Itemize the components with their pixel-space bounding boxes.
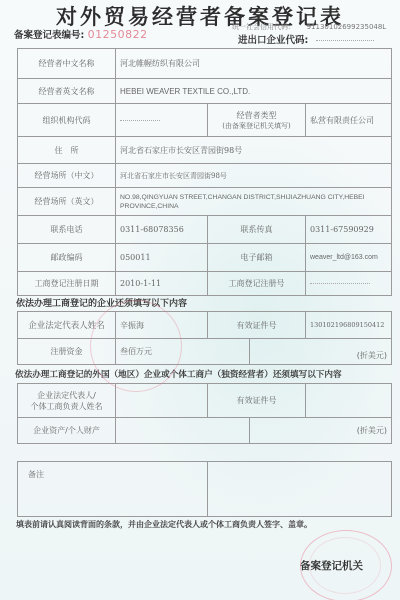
org-code-blank bbox=[120, 120, 160, 121]
operator-type-label-cell: 经营者类型 (由备案登记机关填写) bbox=[208, 104, 306, 137]
chinese-name: 河北帷幄纺织有限公司 bbox=[116, 49, 392, 79]
reg-no bbox=[306, 272, 392, 296]
registration-number-label: 备案登记表编号: bbox=[14, 30, 84, 41]
authority-seal-inner-ring bbox=[309, 537, 381, 594]
operator-type: 私营有限责任公司 bbox=[306, 104, 392, 137]
premises-en-label: 经营场所（英文） bbox=[18, 188, 116, 216]
footer-note: 填表前请认真阅读背面的条款，并由企业法定代表人或个体工商负责人签字、盖章。 bbox=[16, 519, 312, 530]
reg-date-label: 工商登记注册日期 bbox=[18, 272, 116, 296]
foreign-section-heading: 依法办理工商登记的外国（地区）企业或个体工商户（独资经营者）还须填写以下内容 bbox=[15, 368, 342, 380]
phone-label: 联系电话 bbox=[18, 216, 116, 244]
fax-label: 联系传真 bbox=[208, 216, 306, 244]
assets-label: 企业资产/个人财产 bbox=[18, 418, 116, 444]
import-export-code-blank bbox=[316, 40, 374, 41]
table-row: 企业法定代表人/ 个体工商负责人姓名 有效证件号 bbox=[18, 384, 392, 418]
credit-code: 911301026992350​48L bbox=[307, 23, 387, 31]
table-row: 注册资金 叁佰万元 (折美元) bbox=[18, 339, 392, 365]
table-row: 经营场所（英文） NO.98,QINGYUAN STREET,CHANGAN D… bbox=[18, 188, 392, 216]
fax: 0311-67590929 bbox=[306, 216, 392, 244]
org-code bbox=[116, 104, 208, 137]
remarks-value bbox=[208, 462, 392, 517]
table-row: 邮政编码 050011 电子邮箱 weaver_ltd@163.com bbox=[18, 244, 392, 272]
import-export-code-row: 进出口企业代码: bbox=[238, 32, 374, 46]
credit-code-row: 统一社会信用代码: 911301026992350​48L bbox=[232, 22, 386, 32]
table-row: 备注 bbox=[18, 462, 392, 517]
authority-seal-stamp bbox=[300, 530, 392, 600]
foreign-id-label: 有效证件号 bbox=[208, 384, 306, 418]
table-row: 企业法定代表人姓名 辛振海 有效证件号 130102196809150412 bbox=[18, 312, 392, 339]
main-info-table: 经营者中文名称 河北帷幄纺织有限公司 经营者英文名称 HEBEI WEAVER … bbox=[17, 48, 392, 296]
postcode: 050011 bbox=[116, 244, 208, 272]
table-row: 住 所 河北省石家庄市长安区青园街98号 bbox=[18, 137, 392, 164]
residence-label: 住 所 bbox=[18, 137, 116, 164]
org-code-label: 组织机构代码 bbox=[18, 104, 116, 137]
table-row: 企业资产/个人财产 (折美元) bbox=[18, 418, 392, 444]
table-row: 工商登记注册日期 2010-1-11 工商登记注册号 bbox=[18, 272, 392, 296]
remarks-table: 备注 bbox=[17, 461, 392, 517]
legal-rep-id-label: 有效证件号 bbox=[208, 312, 306, 339]
import-export-code-label: 进出口企业代码: bbox=[238, 35, 308, 46]
table-row: 联系电话 0311-68078356 联系传真 0311-67590929 bbox=[18, 216, 392, 244]
foreign-table: 企业法定代表人/ 个体工商负责人姓名 有效证件号 企业资产/个人财产 (折美元) bbox=[17, 383, 392, 444]
table-row: 组织机构代码 经营者类型 (由备案登记机关填写) 私营有限责任公司 bbox=[18, 104, 392, 137]
email-label: 电子邮箱 bbox=[208, 244, 306, 272]
credit-code-label: 统一社会信用代码: bbox=[232, 23, 290, 31]
reg-no-label: 工商登记注册号 bbox=[208, 272, 306, 296]
residence: 河北省石家庄市长安区青园街98号 bbox=[116, 137, 392, 164]
registration-number: 01250822 bbox=[88, 28, 148, 41]
table-row: 经营者中文名称 河北帷幄纺织有限公司 bbox=[18, 49, 392, 79]
email: weaver_ltd@163.com bbox=[306, 244, 392, 272]
assets bbox=[116, 418, 250, 444]
english-name: HEBEI WEAVER TEXTILE CO.,LTD. bbox=[116, 79, 392, 104]
reg-no-blank bbox=[310, 283, 370, 284]
official-seal-stamp bbox=[90, 300, 182, 392]
legal-rep-id: 130102196809150412 bbox=[306, 312, 392, 339]
phone: 0311-68078356 bbox=[116, 216, 208, 244]
reg-date: 2010-1-11 bbox=[116, 272, 208, 296]
foreign-id bbox=[306, 384, 392, 418]
postcode-label: 邮政编码 bbox=[18, 244, 116, 272]
remarks-label: 备注 bbox=[18, 462, 208, 517]
enterprise-table: 企业法定代表人姓名 辛振海 有效证件号 130102196809150412 注… bbox=[17, 311, 392, 365]
document-page: 对外贸易经营者备案登记表 备案登记表编号: 01250822 统一社会信用代码:… bbox=[0, 0, 400, 600]
table-row: 经营场所（中文） 河北省石家庄市长安区青园街98号 bbox=[18, 164, 392, 188]
capital-usd-note: (折美元) bbox=[250, 339, 392, 365]
operator-type-note: (由备案登记机关填写) bbox=[212, 121, 301, 131]
foreign-rep-label-line1: 企业法定代表人/ bbox=[22, 390, 111, 401]
english-name-label: 经营者英文名称 bbox=[18, 79, 116, 104]
assets-usd-note: (折美元) bbox=[250, 418, 392, 444]
table-row: 经营者英文名称 HEBEI WEAVER TEXTILE CO.,LTD. bbox=[18, 79, 392, 104]
chinese-name-label: 经营者中文名称 bbox=[18, 49, 116, 79]
registration-number-row: 备案登记表编号: 01250822 bbox=[14, 27, 148, 41]
foreign-rep-label-line2: 个体工商负责人姓名 bbox=[22, 401, 111, 412]
foreign-rep-label-cell: 企业法定代表人/ 个体工商负责人姓名 bbox=[18, 384, 116, 418]
premises-cn-label: 经营场所（中文） bbox=[18, 164, 116, 188]
premises-cn: 河北省石家庄市长安区青园街98号 bbox=[116, 164, 392, 188]
operator-type-label: 经营者类型 bbox=[212, 110, 301, 121]
premises-en: NO.98,QINGYUAN STREET,CHANGAN DISTRICT,S… bbox=[116, 188, 392, 216]
